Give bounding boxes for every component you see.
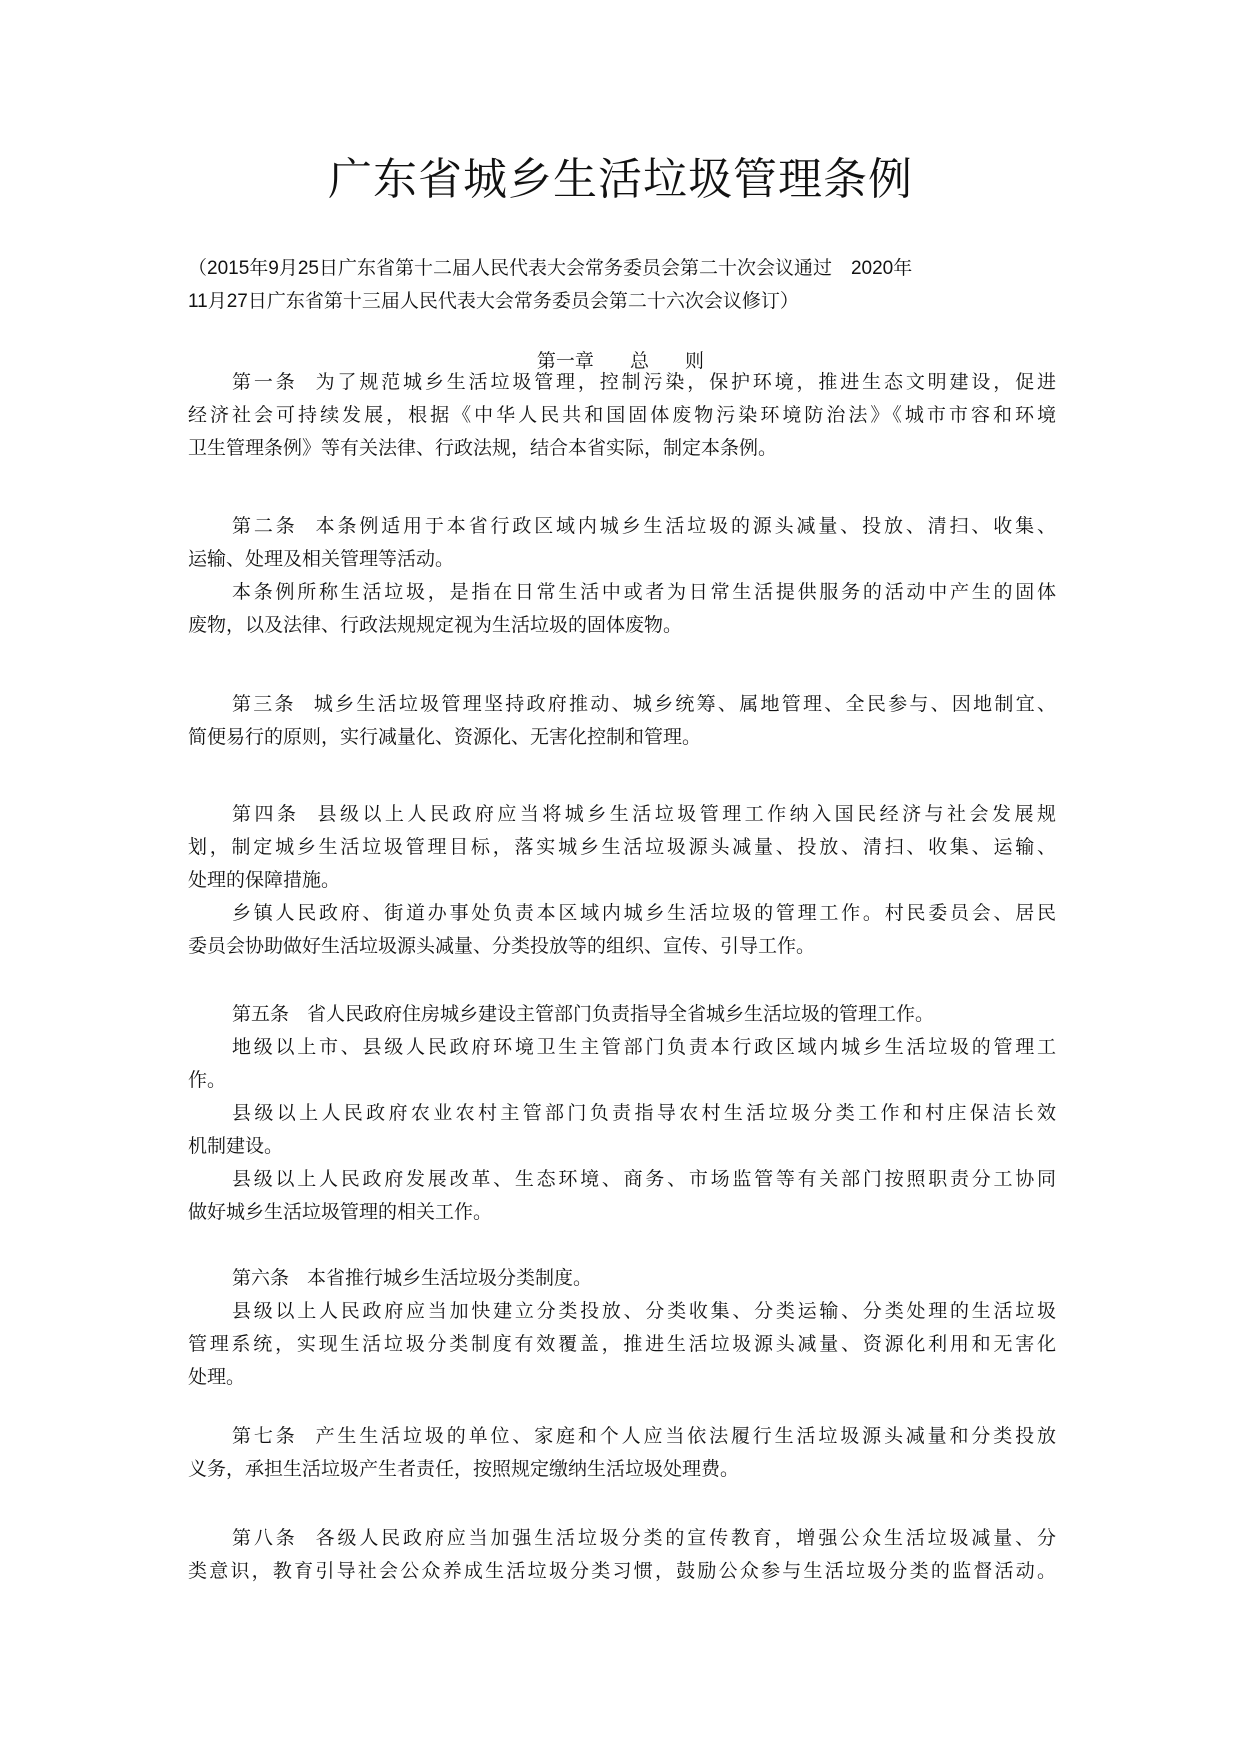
article-line: 废物，以及法律、行政法规规定视为生活垃圾的固体废物。 [188,609,1056,642]
article-line: 管理系统，实现生活垃圾分类制度有效覆盖，推进生活垃圾源头减量、资源化利用和无害化 [188,1328,1056,1361]
article-line: 机制建设。 [188,1130,1056,1163]
article-line: 卫生管理条例》等有关法律、行政法规，结合本省实际，制定本条例。 [188,432,1056,465]
article-label: 第一条 [232,371,298,393]
article-label: 第五条 [232,1003,289,1025]
article-line: 第六条本省推行城乡生活垃圾分类制度。 [188,1262,1056,1295]
article-line: 第五条省人民政府住房城乡建设主管部门负责指导全省城乡生活垃圾的管理工作。 [188,998,1056,1031]
article-3: 第三条城乡生活垃圾管理坚持政府推动、城乡统筹、属地管理、全民参与、因地制宜、 简… [188,688,1056,754]
article-line: 地级以上市、县级人民政府环境卫生主管部门负责本行政区域内城乡生活垃圾的管理工 [188,1031,1056,1064]
article-line: 经济社会可持续发展，根据《中华人民共和国固体废物污染环境防治法》《城市市容和环境 [188,399,1056,432]
article-label: 第七条 [232,1425,298,1447]
article-line: 义务，承担生活垃圾产生者责任，按照规定缴纳生活垃圾处理费。 [188,1453,1056,1486]
article-line: 运输、处理及相关管理等活动。 [188,543,1056,576]
article-1: 第一条为了规范城乡生活垃圾管理，控制污染，保护环境，推进生态文明建设，促进 经济… [188,366,1056,465]
article-line: 第三条城乡生活垃圾管理坚持政府推动、城乡统筹、属地管理、全民参与、因地制宜、 [188,688,1056,721]
article-label: 第二条 [232,515,298,537]
article-4: 第四条县级以上人民政府应当将城乡生活垃圾管理工作纳入国民经济与社会发展规 划，制… [188,798,1056,963]
article-line: 作。 [188,1064,1056,1097]
article-label: 第八条 [232,1527,298,1549]
article-line: 第七条产生生活垃圾的单位、家庭和个人应当依法履行生活垃圾源头减量和分类投放 [188,1420,1056,1453]
article-line: 做好城乡生活垃圾管理的相关工作。 [188,1196,1056,1229]
article-line: 处理的保障措施。 [188,864,1056,897]
article-line: 本条例所称生活垃圾，是指在日常生活中或者为日常生活提供服务的活动中产生的固体 [188,576,1056,609]
article-8: 第八条各级人民政府应当加强生活垃圾分类的宣传教育，增强公众生活垃圾减量、分 类意… [188,1522,1056,1588]
article-5: 第五条省人民政府住房城乡建设主管部门负责指导全省城乡生活垃圾的管理工作。 地级以… [188,998,1056,1229]
article-line: 类意识，教育引导社会公众养成生活垃圾分类习惯，鼓励公众参与生活垃圾分类的监督活动… [188,1555,1056,1588]
article-line: 第二条本条例适用于本省行政区域内城乡生活垃圾的源头减量、投放、清扫、收集、 [188,510,1056,543]
document-title: 广东省城乡生活垃圾管理条例 [0,152,1241,208]
article-line: 简便易行的原则，实行减量化、资源化、无害化控制和管理。 [188,721,1056,754]
article-line: 处理。 [188,1361,1056,1394]
article-line: 县级以上人民政府农业农村主管部门负责指导农村生活垃圾分类工作和村庄保洁长效 [188,1097,1056,1130]
article-7: 第七条产生生活垃圾的单位、家庭和个人应当依法履行生活垃圾源头减量和分类投放 义务… [188,1420,1056,1486]
article-line: 委员会协助做好生活垃圾源头减量、分类投放等的组织、宣传、引导工作。 [188,930,1056,963]
article-line: 乡镇人民政府、街道办事处负责本区域内城乡生活垃圾的管理工作。村民委员会、居民 [188,897,1056,930]
article-line: 划，制定城乡生活垃圾管理目标，落实城乡生活垃圾源头减量、投放、清扫、收集、运输、 [188,831,1056,864]
article-label: 第六条 [232,1267,289,1289]
article-label: 第三条 [232,693,296,715]
adoption-note: （2015年9月25日广东省第十二届人民代表大会常务委员会第二十次会议通过 20… [188,252,1056,318]
article-line: 第一条为了规范城乡生活垃圾管理，控制污染，保护环境，推进生态文明建设，促进 [188,366,1056,399]
article-line: 县级以上人民政府发展改革、生态环境、商务、市场监管等有关部门按照职责分工协同 [188,1163,1056,1196]
article-line: 县级以上人民政府应当加快建立分类投放、分类收集、分类运输、分类处理的生活垃圾 [188,1295,1056,1328]
document-page: 广东省城乡生活垃圾管理条例 （2015年9月25日广东省第十二届人民代表大会常务… [0,0,1241,1754]
article-line: 第八条各级人民政府应当加强生活垃圾分类的宣传教育，增强公众生活垃圾减量、分 [188,1522,1056,1555]
article-2: 第二条本条例适用于本省行政区域内城乡生活垃圾的源头减量、投放、清扫、收集、 运输… [188,510,1056,642]
article-6: 第六条本省推行城乡生活垃圾分类制度。 县级以上人民政府应当加快建立分类投放、分类… [188,1262,1056,1394]
article-label: 第四条 [232,803,299,825]
adoption-note-line: （2015年9月25日广东省第十二届人民代表大会常务委员会第二十次会议通过 20… [188,252,1056,285]
article-line: 第四条县级以上人民政府应当将城乡生活垃圾管理工作纳入国民经济与社会发展规 [188,798,1056,831]
adoption-note-line: 11月27日广东省第十三届人民代表大会常务委员会第二十六次会议修订） [188,285,1056,318]
